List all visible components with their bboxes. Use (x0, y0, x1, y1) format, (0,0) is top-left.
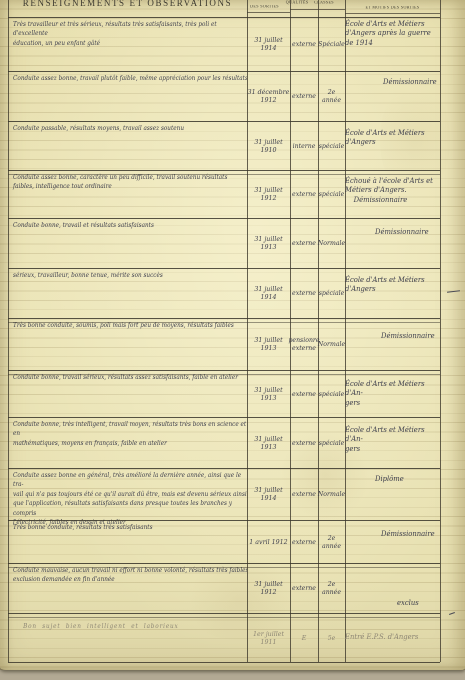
column-header-classes: CLASSES (314, 1, 334, 5)
qualite-cell: externe (290, 269, 318, 319)
date-cell: 31 juillet 1914 (247, 269, 290, 319)
classe-cell: 2e année (318, 521, 345, 564)
motif-cell: Entré E.P.S. d'Angers (345, 632, 440, 641)
qualite-cell: externe (290, 371, 318, 418)
observations-cell: Conduite mauvaise, aucun travail ni effo… (8, 566, 247, 585)
date-cell: 31 juillet 1914 (247, 469, 290, 521)
date-cell: 31 juillet 1913 (247, 418, 290, 469)
observations-cell: Conduite bonne, travail sérieux, résulta… (8, 373, 247, 382)
ledger-row: Très bonne conduite, résultats très sati… (8, 520, 440, 564)
ledger-row: Conduite bonne, travail et résultats sat… (8, 218, 440, 269)
classe-cell: Normale (318, 219, 345, 269)
motif-cell: École d'Arts et Métiers d'Angers après l… (345, 19, 440, 47)
observations-cell: Très travailleur et très sérieux, résult… (8, 20, 247, 48)
qualite-cell: externe (290, 219, 318, 269)
qualite-cell: externe (290, 171, 318, 219)
qualite-cell: interne (290, 122, 318, 171)
ledger-row: Conduite assez bonne, travail plutôt fai… (8, 71, 440, 122)
motif-cell: Démissionnaire (345, 529, 465, 538)
ledger-row: Bon sujet bien intelligent et laborieux … (8, 613, 440, 663)
motif-cell: Démissionnaire (345, 331, 465, 340)
classe-cell: spéciale (318, 122, 345, 171)
column-header-dates: DES SORTIES (247, 5, 282, 9)
qualite-cell: externe (290, 18, 318, 72)
classe-cell: spéciale (318, 371, 345, 418)
ink-dash-mark (447, 290, 460, 293)
header-underline (318, 9, 345, 10)
header-underline (290, 9, 318, 10)
ledger-row: Conduite passable, résultats moyens, tra… (8, 121, 440, 171)
observations-cell: Conduite passable, résultats moyens, tra… (8, 124, 247, 133)
date-cell: 31 juillet 1914 (247, 18, 290, 72)
observations-cell: Conduite bonne, très intelligent, travai… (8, 420, 247, 448)
observations-cell: Bon sujet bien intelligent et laborieux (8, 622, 247, 631)
qualite-cell: externe (290, 521, 318, 564)
header-underline (345, 13, 440, 14)
date-cell: 1er juillet 1911 (247, 614, 290, 663)
motif-cell: École d'Arts et Métiers d'An- gers (345, 379, 440, 407)
qualite-cell: externe (290, 469, 318, 521)
observations-cell: Conduite assez bonne, caractère un peu d… (8, 173, 247, 192)
date-cell: 31 juillet 1913 (247, 319, 290, 371)
ledger-row: Conduite bonne, très intelligent, travai… (8, 417, 440, 469)
motif-cell: École d'Arts et Métiers d'Angers (345, 128, 440, 147)
date-cell: 31 juillet 1913 (247, 371, 290, 418)
motif-cell: Diplôme (345, 474, 465, 483)
date-cell: 31 juillet 1910 (247, 122, 290, 171)
ink-dash-mark (449, 612, 455, 615)
observations-cell: Très bonne conduite, soumis, poli mais f… (8, 321, 247, 330)
observations-cell: Conduite assez bonne, travail plutôt fai… (8, 74, 247, 83)
classe-cell: Normale (318, 319, 345, 371)
motif-cell: Démissionnaire (345, 227, 465, 236)
motif-cell: École d'Arts et Métiers d'Angers (345, 275, 440, 294)
date-cell: 31 juillet 1912 (247, 171, 290, 219)
motif-cell: exclus (345, 598, 465, 607)
column-header-observations: RENSEIGNEMENTS ET OBSERVATIONS (8, 0, 247, 8)
classe-cell: spéciale (318, 418, 345, 469)
classe-cell: Normale (318, 469, 345, 521)
date-cell: 31 juillet 1912 (247, 564, 290, 614)
column-header-qualites: QUALITÉS (286, 1, 306, 5)
classe-cell: spéciale (318, 171, 345, 219)
qualite-cell: externe (290, 72, 318, 122)
qualite-cell: E (290, 614, 318, 663)
qualite-cell: pensionre externe (290, 319, 318, 371)
classe-cell: 2e année (318, 564, 345, 614)
ledger-row: Très bonne conduite, soumis, poli mais f… (8, 318, 440, 371)
observations-cell: Très bonne conduite, résultats très sati… (8, 523, 247, 532)
date-cell: 31 juillet 1913 (247, 219, 290, 269)
classe-cell: 5e (318, 614, 345, 663)
ledger-page: RENSEIGNEMENTS ET OBSERVATIONS DES SORTI… (0, 0, 465, 670)
classe-cell: 2e année (318, 72, 345, 122)
classe-cell: Spéciale (318, 18, 345, 72)
ledger-row: Conduite assez bonne, caractère un peu d… (8, 170, 440, 219)
ledger-row: Conduite bonne, travail sérieux, résulta… (8, 370, 440, 418)
motif-cell: Échoué à l'école d'Arts et Métiers d'Ang… (345, 176, 440, 204)
motif-cell: Démissionnaire (345, 77, 465, 86)
column-header-motifs: ET MOTIFS DES SORTIES (360, 6, 425, 10)
header-underline (247, 12, 290, 13)
ledger-row: Très travailleur et très sérieux, résult… (8, 17, 440, 72)
ledger-row: Conduite assez bonne en général, très am… (8, 468, 440, 521)
motif-cell: École d'Arts et Métiers d'An- gers (345, 425, 440, 453)
ledger-row: Conduite mauvaise, aucun travail ni effo… (8, 563, 440, 614)
date-cell: 1 avril 1912 (247, 521, 290, 564)
observations-cell: Conduite assez bonne en général, très am… (8, 471, 247, 527)
classe-cell: spéciale (318, 269, 345, 319)
observations-cell: sérieux, travailleur, bonne tenue, mérit… (8, 271, 247, 280)
ledger-row: sérieux, travailleur, bonne tenue, mérit… (8, 268, 440, 319)
qualite-cell: externe (290, 564, 318, 614)
observations-cell: Conduite bonne, travail et résultats sat… (8, 221, 247, 230)
qualite-cell: externe (290, 418, 318, 469)
date-cell: 31 décembre 1912 (247, 72, 290, 122)
